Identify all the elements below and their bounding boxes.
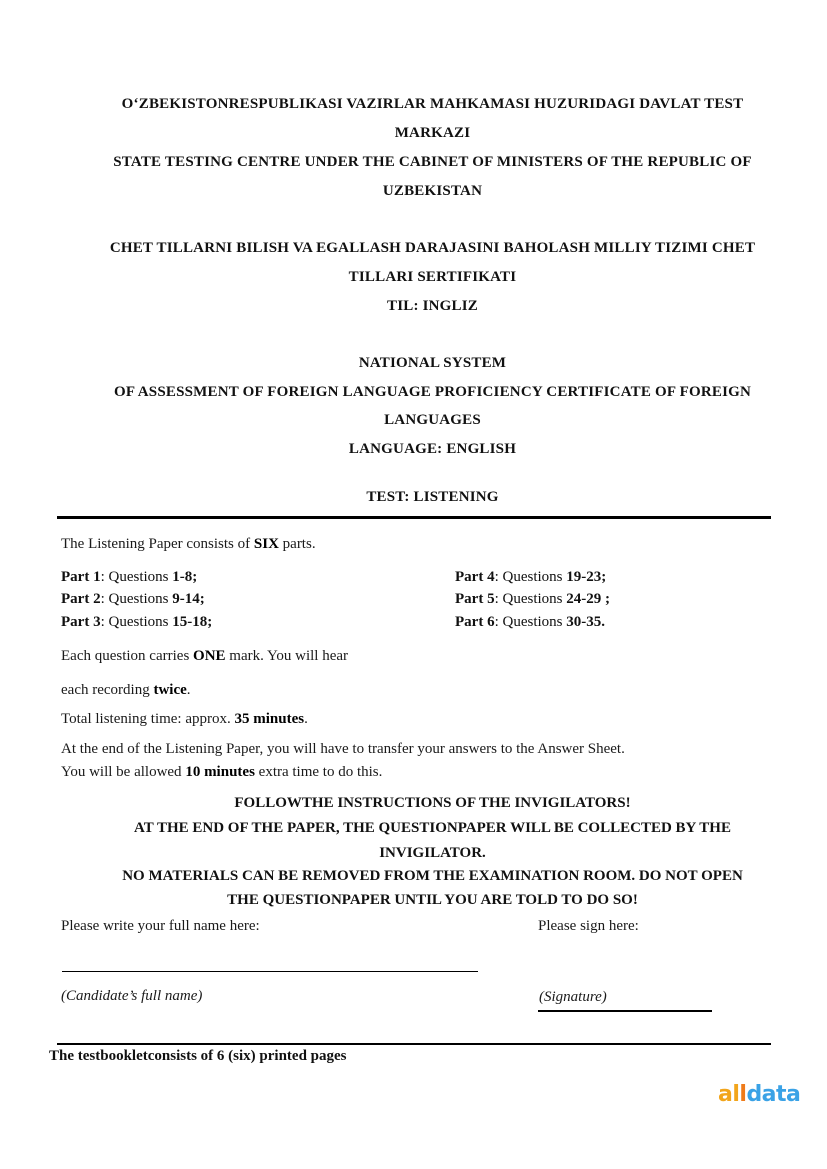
questions-word: Questions bbox=[503, 614, 563, 630]
recording-prefix: each recording bbox=[61, 682, 153, 698]
part-2-row: Part 2: Questions 9-14; bbox=[61, 591, 205, 608]
part-separator: : bbox=[495, 591, 499, 607]
time-instruction: Total listening time: approx. 35 minutes… bbox=[61, 711, 308, 728]
uz-language-label: TIL: INGLIZ bbox=[60, 292, 805, 321]
logo-part-3: data bbox=[746, 1082, 800, 1107]
marks-instruction: Each question carries ONE mark. You will… bbox=[61, 648, 348, 665]
time-value: 35 minutes bbox=[235, 711, 305, 727]
marks-value: ONE bbox=[193, 648, 226, 664]
questions-word: Questions bbox=[109, 591, 169, 607]
questions-word: Questions bbox=[503, 591, 563, 607]
part-label: Part 3 bbox=[61, 614, 101, 630]
question-range: 24-29 ; bbox=[566, 591, 610, 607]
part-6-row: Part 6: Questions 30-35. bbox=[455, 614, 605, 631]
marks-suffix: mark. You will hear bbox=[226, 648, 349, 664]
intro-suffix: parts. bbox=[279, 536, 316, 552]
sign-prompt: Please sign here: bbox=[538, 918, 639, 935]
parts-count: SIX bbox=[254, 536, 279, 552]
en-organization-line-1: STATE TESTING CENTRE UNDER THE CABINET O… bbox=[60, 148, 805, 177]
header-divider bbox=[57, 516, 771, 519]
part-separator: : bbox=[495, 569, 499, 585]
en-organization-line-2: UZBEKISTAN bbox=[60, 177, 805, 206]
recording-suffix: . bbox=[187, 682, 191, 698]
pages-note: The testbookletconsists of 6 (six) print… bbox=[49, 1048, 347, 1065]
full-name-caption: (Candidate’s full name) bbox=[61, 988, 202, 1005]
extra-prefix: You will be allowed bbox=[61, 764, 185, 780]
extra-time-instruction: You will be allowed 10 minutes extra tim… bbox=[61, 764, 382, 781]
signature-underline bbox=[538, 1010, 712, 1012]
extra-value: 10 minutes bbox=[185, 764, 255, 780]
recording-instruction: each recording twice. bbox=[61, 682, 191, 699]
signature-caption: (Signature) bbox=[539, 989, 607, 1006]
footer-divider bbox=[57, 1043, 771, 1045]
part-separator: : bbox=[101, 591, 105, 607]
uz-organization-line-2: MARKAZI bbox=[60, 119, 805, 148]
time-prefix: Total listening time: approx. bbox=[61, 711, 235, 727]
question-range: 9-14; bbox=[172, 591, 205, 607]
part-3-row: Part 3: Questions 15-18; bbox=[61, 614, 212, 631]
full-name-underline bbox=[62, 971, 478, 972]
uz-certificate-line-2: TILLARI SERTIFIKATI bbox=[60, 263, 805, 292]
uz-certificate-line-1: CHET TILLARNI BILISH VA EGALLASH DARAJAS… bbox=[60, 234, 805, 263]
part-4-row: Part 4: Questions 19-23; bbox=[455, 569, 606, 586]
extra-suffix: extra time to do this. bbox=[255, 764, 382, 780]
part-5-row: Part 5: Questions 24-29 ; bbox=[455, 591, 610, 608]
warning-line-5: THE QUESTIONPAPER UNTIL YOU ARE TOLD TO … bbox=[40, 888, 825, 912]
exam-cover-page: O‘ZBEKISTONRESPUBLIKASI VAZIRLAR MAHKAMA… bbox=[0, 0, 827, 1169]
warning-line-3: INVIGILATOR. bbox=[40, 841, 825, 865]
en-language-label: LANGUAGE: ENGLISH bbox=[60, 435, 805, 464]
part-separator: : bbox=[495, 614, 499, 630]
full-name-field[interactable] bbox=[62, 945, 478, 971]
intro-text: The Listening Paper consists of SIX part… bbox=[61, 536, 316, 553]
logo-part-1: al bbox=[718, 1082, 739, 1107]
question-range: 1-8; bbox=[172, 569, 197, 585]
recording-value: twice bbox=[153, 682, 186, 698]
question-range: 19-23; bbox=[566, 569, 606, 585]
part-label: Part 1 bbox=[61, 569, 101, 585]
intro-prefix: The Listening Paper consists of bbox=[61, 536, 254, 552]
en-certificate-line-3: LANGUAGES bbox=[60, 406, 805, 435]
name-prompt: Please write your full name here: bbox=[61, 918, 260, 935]
en-certificate-line-2: OF ASSESSMENT OF FOREIGN LANGUAGE PROFIC… bbox=[60, 378, 805, 407]
questions-word: Questions bbox=[109, 614, 169, 630]
part-separator: : bbox=[101, 614, 105, 630]
time-suffix: . bbox=[304, 711, 308, 727]
uz-organization-line-1: O‘ZBEKISTONRESPUBLIKASI VAZIRLAR MAHKAMA… bbox=[60, 90, 805, 119]
question-range: 30-35. bbox=[566, 614, 605, 630]
part-separator: : bbox=[101, 569, 105, 585]
questions-word: Questions bbox=[503, 569, 563, 585]
question-range: 15-18; bbox=[172, 614, 212, 630]
en-certificate-line-1: NATIONAL SYSTEM bbox=[60, 349, 805, 378]
test-title: TEST: LISTENING bbox=[60, 483, 805, 512]
alldata-watermark-logo: alldata bbox=[718, 1082, 800, 1107]
warning-line-4: NO MATERIALS CAN BE REMOVED FROM THE EXA… bbox=[40, 864, 825, 888]
part-label: Part 5 bbox=[455, 591, 495, 607]
part-label: Part 2 bbox=[61, 591, 101, 607]
transfer-instruction: At the end of the Listening Paper, you w… bbox=[61, 741, 625, 758]
part-label: Part 4 bbox=[455, 569, 495, 585]
warning-line-2: AT THE END OF THE PAPER, THE QUESTIONPAP… bbox=[40, 816, 825, 840]
questions-word: Questions bbox=[109, 569, 169, 585]
part-label: Part 6 bbox=[455, 614, 495, 630]
warning-line-1: FOLLOWTHE INSTRUCTIONS OF THE INVIGILATO… bbox=[40, 791, 825, 815]
marks-prefix: Each question carries bbox=[61, 648, 193, 664]
part-1-row: Part 1: Questions 1-8; bbox=[61, 569, 197, 586]
